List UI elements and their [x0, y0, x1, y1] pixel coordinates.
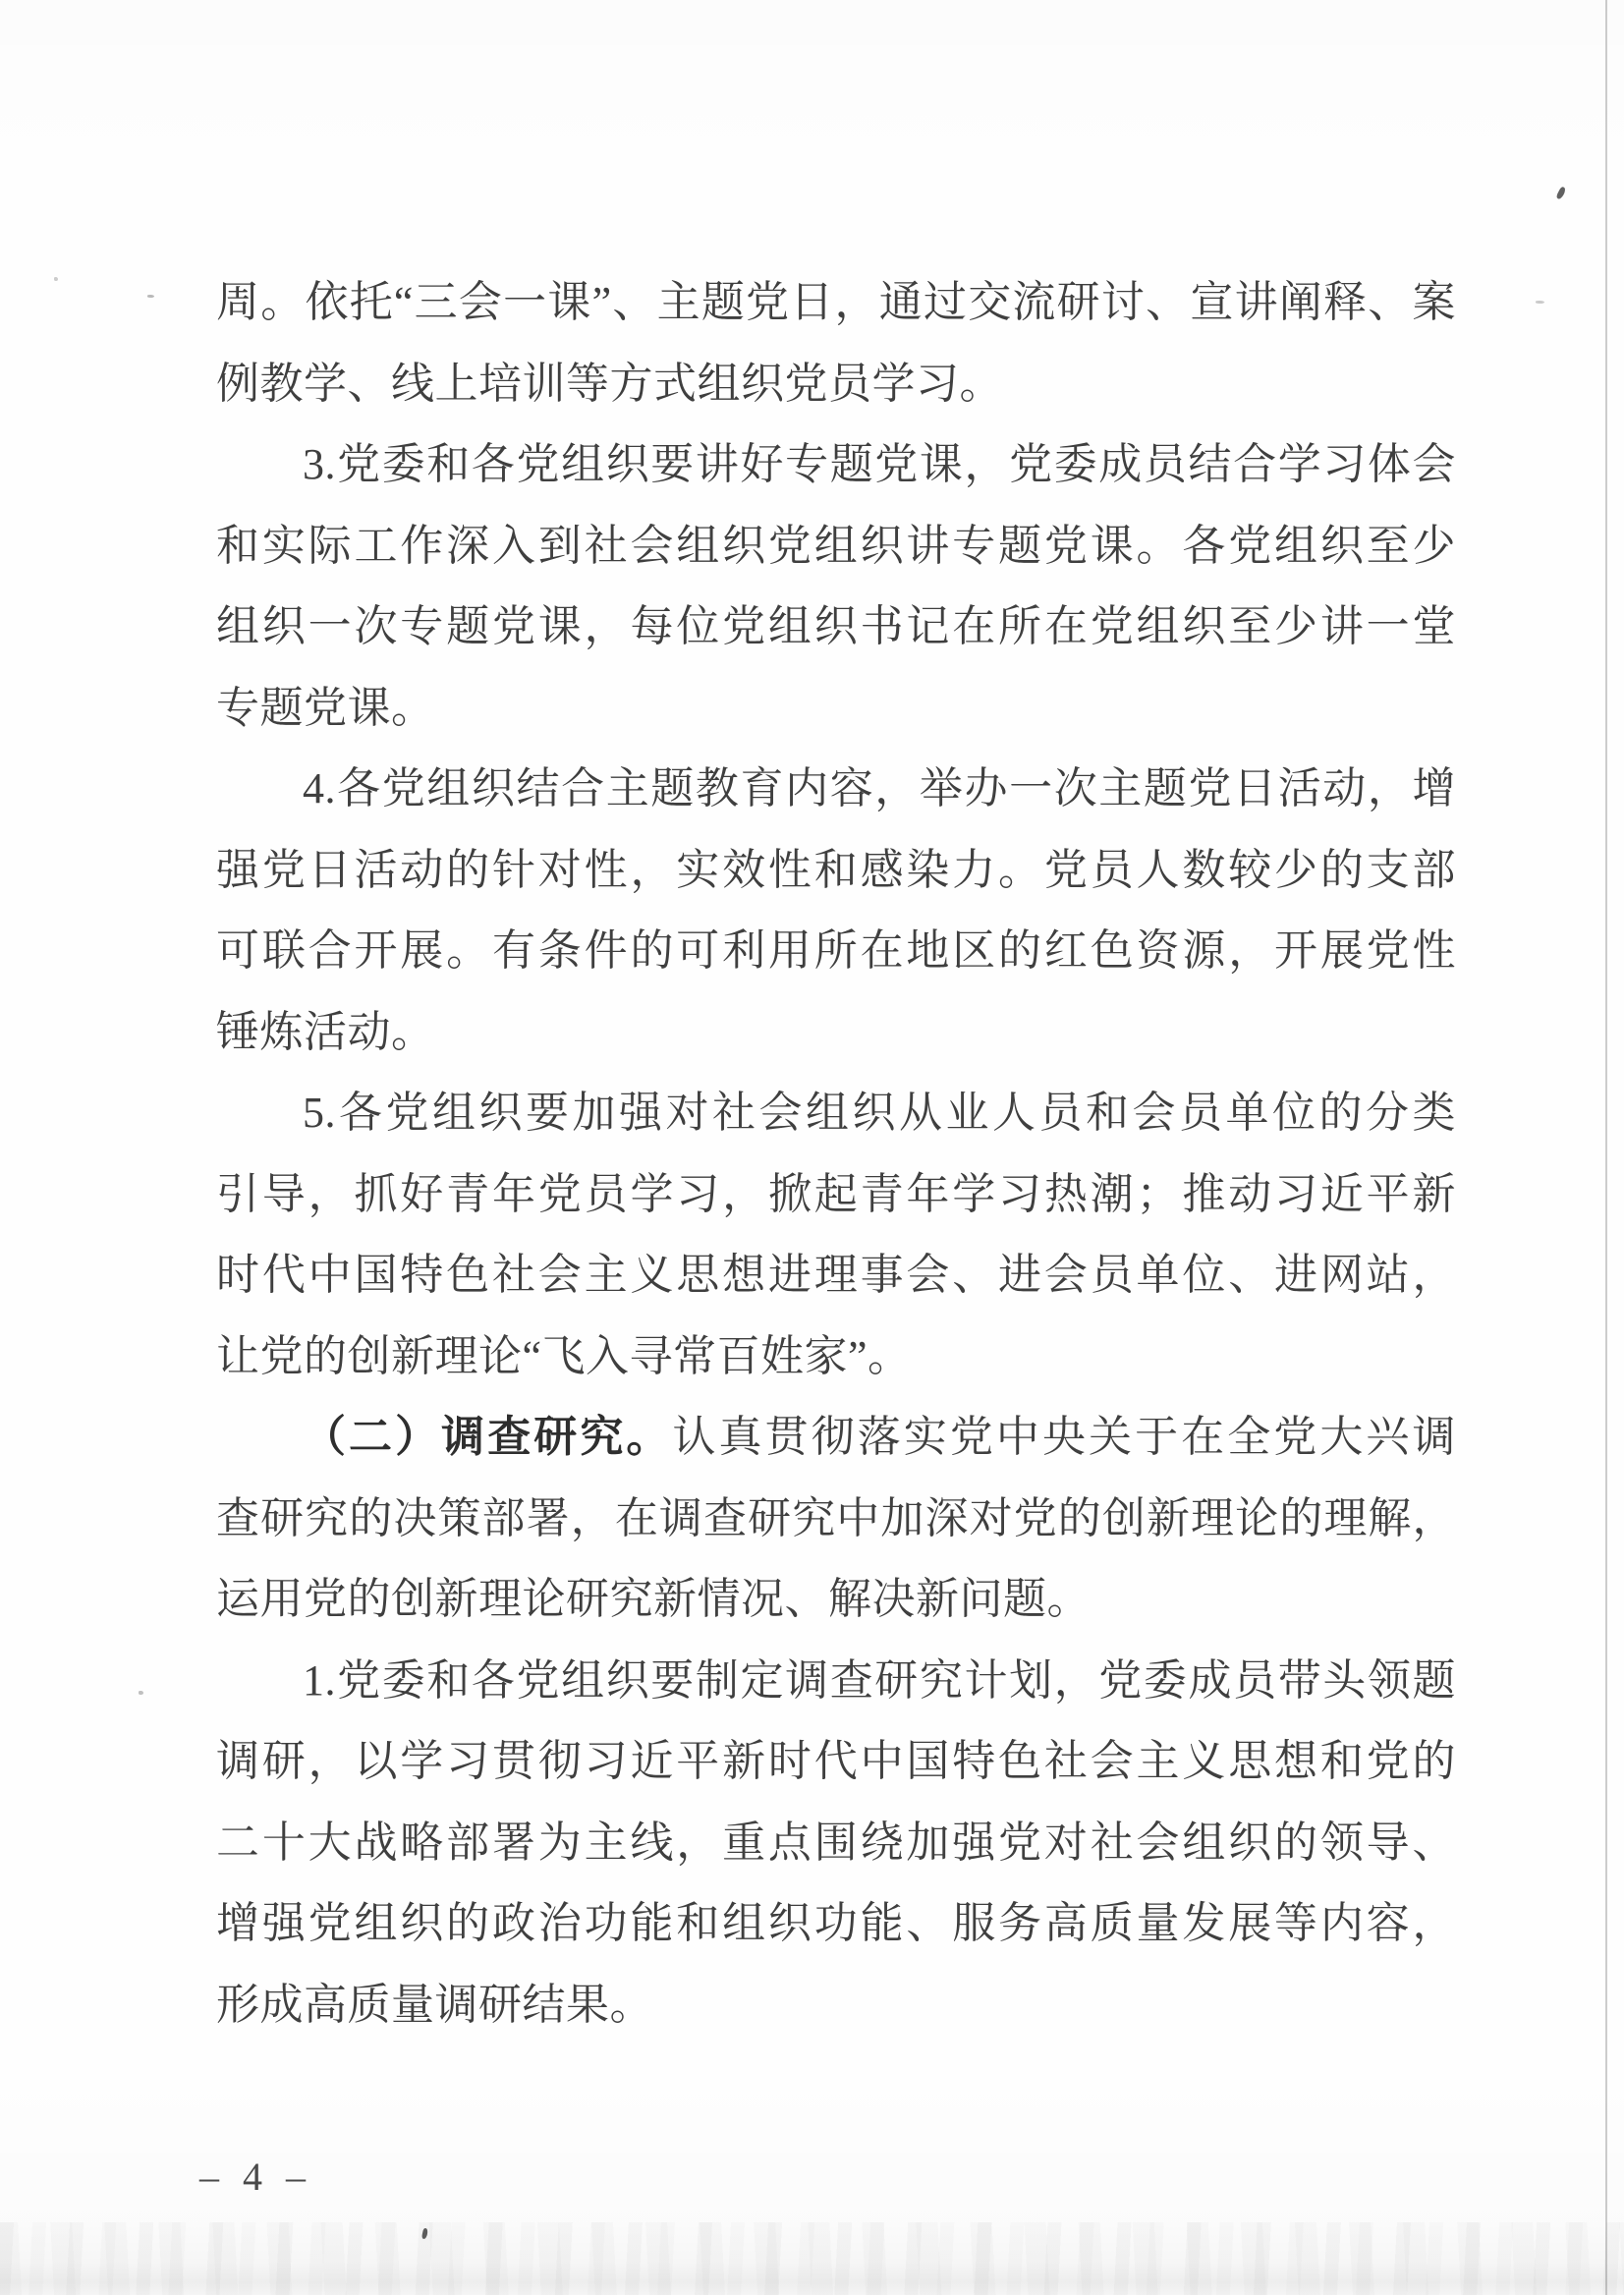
paragraph: 1.党委和各党组织要制定调查研究计划，党委成员带头领题调研，以学习贯彻习近平新时… — [216, 1641, 1456, 2046]
text-line: 强党日活动的针对性，实效性和感染力。党员人数较少的支部 — [216, 830, 1456, 912]
text-line: 运用党的创新理论研究新情况、解决新问题。 — [216, 1559, 1456, 1641]
text-line: 查研究的决策部署，在调查研究中加深对党的创新理论的理解， — [216, 1479, 1456, 1560]
page-number: – 4 – — [199, 2155, 312, 2200]
text-line: 1.党委和各党组织要制定调查研究计划，党委成员带头领题 — [216, 1641, 1456, 1722]
scanned-document-page: 周。依托“三会一课”、主题党日，通过交流研讨、宣讲阐释、案例教学、线上培训等方式… — [0, 0, 1624, 2295]
paragraph: 周。依托“三会一课”、主题党日，通过交流研讨、宣讲阐释、案例教学、线上培训等方式… — [216, 262, 1456, 424]
text-line: 4.各党组织结合主题教育内容，举办一次主题党日活动，增 — [216, 749, 1456, 830]
text-line: 5.各党组织要加强对社会组织从业人员和会员单位的分类 — [216, 1073, 1456, 1154]
text-line: 引导，抓好青年党员学习，掀起青年学习热潮；推动习近平新 — [216, 1154, 1456, 1236]
scan-speck — [147, 295, 154, 298]
text-line: 锤炼活动。 — [216, 992, 1456, 1074]
scan-speck — [1536, 301, 1544, 304]
text-line: 和实际工作深入到社会组织党组织讲专题党课。各党组织至少 — [216, 506, 1456, 588]
paragraph: 3.党委和各党组织要讲好专题党课，党委成员结合学习体会和实际工作深入到社会组织党… — [216, 424, 1456, 749]
text-line: 3.党委和各党组织要讲好专题党课，党委成员结合学习体会 — [216, 424, 1456, 506]
paragraph: 4.各党组织结合主题教育内容，举办一次主题党日活动，增强党日活动的针对性，实效性… — [216, 749, 1456, 1073]
text-line: 组织一次专题党课，每位党组织书记在所在党组织至少讲一堂 — [216, 587, 1456, 668]
text-line: 周。依托“三会一课”、主题党日，通过交流研讨、宣讲阐释、案 — [216, 262, 1456, 344]
scan-speck — [139, 1691, 143, 1695]
text-line: （二）调查研究。认真贯彻落实党中央关于在全党大兴调 — [216, 1397, 1456, 1479]
text-line: 例教学、线上培训等方式组织党员学习。 — [216, 344, 1456, 425]
text-line: 增强党组织的政治功能和组织功能、服务高质量发展等内容， — [216, 1883, 1456, 1965]
text-line: 让党的创新理论“飞入寻常百姓家”。 — [216, 1316, 1456, 1398]
text-line: 形成高质量调研结果。 — [216, 1965, 1456, 2046]
text-line: 可联合开展。有条件的可利用所在地区的红色资源，开展党性 — [216, 911, 1456, 992]
document-text: 周。依托“三会一课”、主题党日，通过交流研讨、宣讲阐释、案例教学、线上培训等方式… — [216, 262, 1456, 2045]
scan-speck — [1555, 186, 1566, 199]
text-line: 时代中国特色社会主义思想进理事会、进会员单位、进网站， — [216, 1235, 1456, 1316]
paragraph: 5.各党组织要加强对社会组织从业人员和会员单位的分类引导，抓好青年党员学习，掀起… — [216, 1073, 1456, 1397]
section-heading: （二）调查研究。 — [303, 1413, 673, 1461]
text-line: 调研，以学习贯彻习近平新时代中国特色社会主义思想和党的 — [216, 1721, 1456, 1803]
text-line: 二十大战略部署为主线，重点围绕加强党对社会组织的领导、 — [216, 1803, 1456, 1884]
text-line: 专题党课。 — [216, 668, 1456, 750]
scan-edge-line — [1605, 0, 1607, 2295]
scan-noise-band — [0, 2222, 1624, 2295]
scan-speck — [54, 277, 58, 281]
paragraph: （二）调查研究。认真贯彻落实党中央关于在全党大兴调查研究的决策部署，在调查研究中… — [216, 1397, 1456, 1641]
